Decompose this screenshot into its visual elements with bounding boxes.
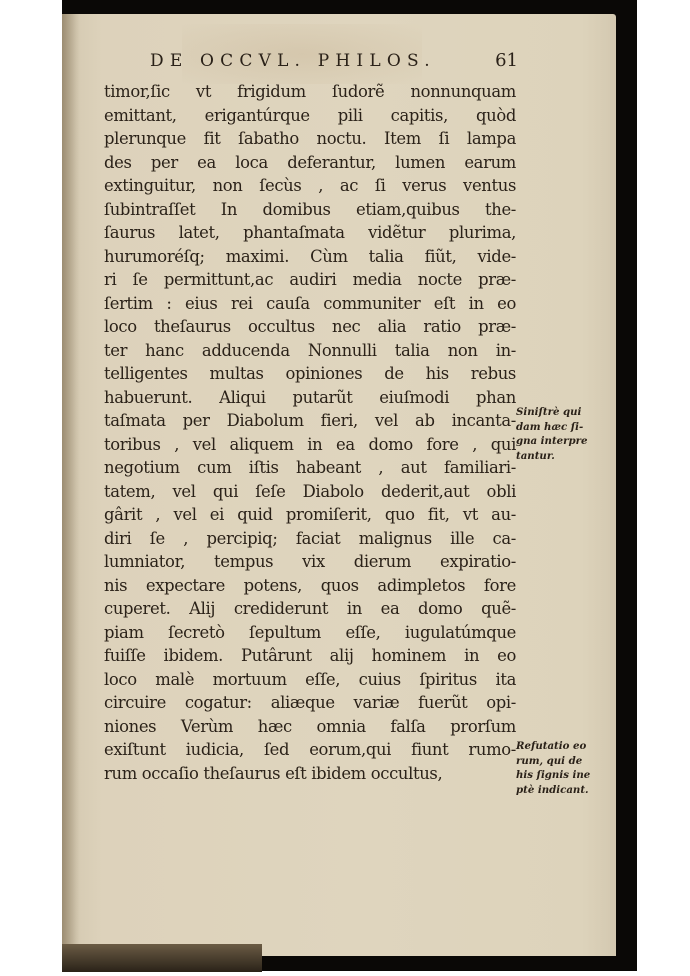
text-line: nis expectare potens, quos adimpletos fo… [104,574,516,598]
running-title: DE OCCVL. PHILOS. [150,51,436,71]
marginal-line: rum, qui de [516,754,616,769]
text-line: diri ſe , percipiq; faciat malignus ille… [104,527,516,551]
text-line: ſubintraſſet In domibus etiam,quibus the… [104,198,516,222]
text-line: plerunque fit ſabatho noctu. Item ſi lam… [104,127,516,151]
text-line: habuerunt. Aliqui putarũt eiuſmodi phan [104,386,516,410]
text-line: piam ſecretò ſepultum eſſe, iugulatúmque [104,621,516,645]
text-line: toribus , vel aliquem in ea domo fore , … [104,433,516,457]
text-line: ſertim : eius rei cauſa communiter eſt i… [104,292,516,316]
text-line: des per ea loca deferantur, lumen earum [104,151,516,175]
text-line: negotium cum iſtis habeant , aut familia… [104,456,516,480]
text-line: loco theſaurus occultus nec alia ratio p… [104,315,516,339]
text-line: tatem, vel qui ſeſe Diabolo dederit,aut … [104,480,516,504]
text-line: fuiſſe ibidem. Putârunt alij hominem in … [104,644,516,668]
marginal-line: tantur. [516,449,616,464]
text-line: gârit , vel ei quid promiſerit, quo fit,… [104,503,516,527]
text-line: cuperet. Alij crediderunt in ea domo quẽ… [104,597,516,621]
marginal-line: his ſignis ine [516,768,616,783]
text-line: timor,ſic vt frigidum ſudorẽ nonnunquam [104,80,516,104]
marginal-note-refutation: Refutatio eo rum, qui de his ſignis ine … [516,739,616,797]
marginal-note-interpretation: Siniſtrè qui dam hæc ſi- gna interpre ta… [516,405,616,463]
text-line: circuire cogatur: aliæque variæ fuerũt o… [104,691,516,715]
spine-shadow [62,944,262,972]
text-line: emittant, erigantúrque pili capitis, quò… [104,104,516,128]
text-line: lumniator, tempus vix dierum expiratio- [104,550,516,574]
text-line: telligentes multas opiniones de his rebu… [104,362,516,386]
marginal-line: Refutatio eo [516,739,616,754]
marginal-line: ptè indicant. [516,783,616,798]
text-line: ter hanc adducenda Nonnulli talia non in… [104,339,516,363]
body-text: timor,ſic vt frigidum ſudorẽ nonnunquam … [104,80,516,785]
text-line: rum occaſio theſaurus eſt ibidem occultu… [104,762,516,786]
page-number: 61 [495,50,518,71]
running-head: DE OCCVL. PHILOS. 61 [150,50,518,74]
text-line: ri ſe permittunt,ac audiri media nocte p… [104,268,516,292]
text-line: taſmata per Diabolum fieri, vel ab incan… [104,409,516,433]
marginal-line: dam hæc ſi- [516,420,616,435]
marginal-line: gna interpre [516,434,616,449]
text-line: niones Verùm hæc omnia falſa prorſum [104,715,516,739]
text-line: extinguitur, non ſecùs , ac ſi verus ven… [104,174,516,198]
text-line: loco malè mortuum eſſe, cuius ſpiritus i… [104,668,516,692]
text-line: hurumoréſq; maximi. Cùm talia fiũt, vide… [104,245,516,269]
text-line: exiſtunt iudicia, ſed eorum,qui fiunt ru… [104,738,516,762]
marginal-line: Siniſtrè qui [516,405,616,420]
text-line: ſaurus latet, phantaſmata vidẽtur plurim… [104,221,516,245]
